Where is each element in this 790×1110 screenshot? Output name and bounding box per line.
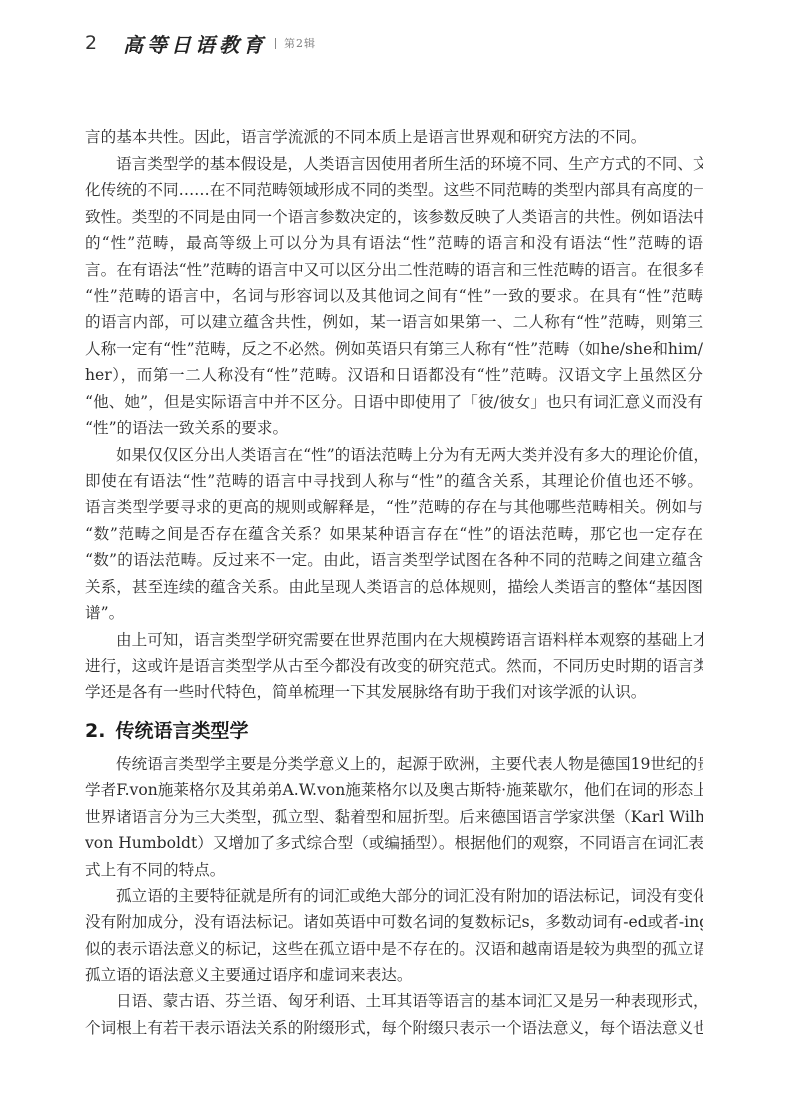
text-line: 由上可知，语言类型学研究需要在世界范围内在大规模跨语言语料样本观察的基础上才能 — [85, 630, 703, 650]
text-line: 世界诸语言分为三大类型，孤立型、黏着型和屈折型。后来德国语言学家洪堡（Karl … — [85, 807, 703, 827]
text-line: 孤立语的语法意义主要通过语序和虚词来表达。 — [85, 965, 703, 985]
text-line: 关系，甚至连续的蕴含关系。由此呈现人类语言的总体规则，描绘人类语言的整体“基因图 — [85, 577, 703, 597]
text-line: “性”范畴的语言中，名词与形容词以及其他词之间有“性”一致的要求。在具有“性”范… — [85, 286, 703, 306]
text-line: 似的表示语法意义的标记，这些在孤立语中是不存在的。汉语和越南语是较为典型的孤立语… — [85, 939, 703, 959]
header-divider — [275, 38, 276, 49]
text-line: 化传统的不同……在不同范畴领域形成不同的类型。这些不同范畴的类型内部具有高度的一 — [85, 180, 703, 200]
text-line: 孤立语的主要特征就是所有的词汇或绝大部分的词汇没有附加的语法标记，词没有变化也 — [85, 886, 703, 906]
text-line: “性”的语法一致关系的要求。 — [85, 418, 703, 438]
page-header: 2 高等日语教育 第2辑 — [85, 28, 316, 58]
text-line: 致性。类型的不同是由同一个语言参数决定的，该参数反映了人类语言的共性。例如语法中 — [85, 207, 703, 227]
text-line: “他、她”，但是实际语言中并不区分。日语中即使用了「彼/彼女」也只有词汇意义而没… — [85, 392, 703, 412]
text-line: 言的基本共性。因此，语言学流派的不同本质上是语言世界观和研究方法的不同。 — [85, 127, 703, 147]
text-line: 的“性”范畴，最高等级上可以分为具有语法“性”范畴的语言和没有语法“性”范畴的语 — [85, 233, 703, 253]
section-heading: 2.传统语言类型学 — [85, 719, 248, 743]
text-line: von Humboldt）又增加了多式综合型（或编插型）。根据他们的观察，不同语… — [85, 833, 703, 853]
text-line: 如果仅仅区分出人类语言在“性”的语法范畴上分为有无两大类并没有多大的理论价值， — [85, 445, 703, 465]
text-line: 即使在有语法“性”范畴的语言中寻找到人称与“性”的蕴含关系，其理论价值也还不够。 — [85, 471, 703, 491]
text-line: 的语言内部，可以建立蕴含共性，例如，某一语言如果第一、二人称有“性”范畴，则第三 — [85, 312, 703, 332]
section-title: 传统语言类型学 — [115, 720, 248, 742]
text-line: her），而第一二人称没有“性”范畴。汉语和日语都没有“性”范畴。汉语文字上虽然… — [85, 365, 703, 385]
text-line: 人称一定有“性”范畴，反之不必然。例如英语只有第三人称有“性”范畴（如he/sh… — [85, 339, 703, 359]
text-line: 学还是各有一些时代特色，简单梳理一下其发展脉络有助于我们对该学派的认识。 — [85, 682, 703, 702]
page-number: 2 — [85, 32, 123, 54]
text-line: 言。在有语法“性”范畴的语言中又可以区分出二性范畴的语言和三性范畴的语言。在很多… — [85, 260, 703, 280]
section-number: 2. — [85, 720, 105, 742]
text-line: 传统语言类型学主要是分类学意义上的，起源于欧洲，主要代表人物是德国19世纪的贵族 — [85, 754, 703, 774]
text-line: “数”范畴之间是否存在蕴含关系？如果某种语言存在“性”的语法范畴，那它也一定存在 — [85, 524, 703, 544]
issue-label: 第2辑 — [284, 35, 316, 51]
text-line: 谱”。 — [85, 603, 703, 623]
text-line: 语言类型学的基本假设是，人类语言因使用者所生活的环境不同、生产方式的不同、文 — [85, 154, 703, 174]
journal-title: 高等日语教育 — [123, 29, 267, 58]
text-line: 语言类型学要寻求的更高的规则或解释是，“性”范畴的存在与其他哪些范畴相关。例如与 — [85, 497, 703, 517]
text-line: 进行，这或许是语言类型学从古至今都没有改变的研究范式。然而，不同历史时期的语言类… — [85, 656, 703, 676]
text-line: 式上有不同的特点。 — [85, 860, 703, 880]
text-line: “数”的语法范畴。反过来不一定。由此，语言类型学试图在各种不同的范畴之间建立蕴含 — [85, 550, 703, 570]
text-line: 没有附加成分，没有语法标记。诸如英语中可数名词的复数标记s，多数动词有-ed或者… — [85, 912, 703, 932]
text-line: 个词根上有若干表示语法关系的附缀形式，每个附缀只表示一个语法意义，每个语法意义也… — [85, 1018, 703, 1038]
text-line: 日语、蒙古语、芬兰语、匈牙利语、土耳其语等语言的基本词汇又是另一种表现形式，一 — [85, 991, 703, 1011]
text-line: 学者F.von施莱格尔及其弟弟A.W.von施莱格尔以及奥古斯特·施莱歇尔，他们… — [85, 780, 703, 800]
